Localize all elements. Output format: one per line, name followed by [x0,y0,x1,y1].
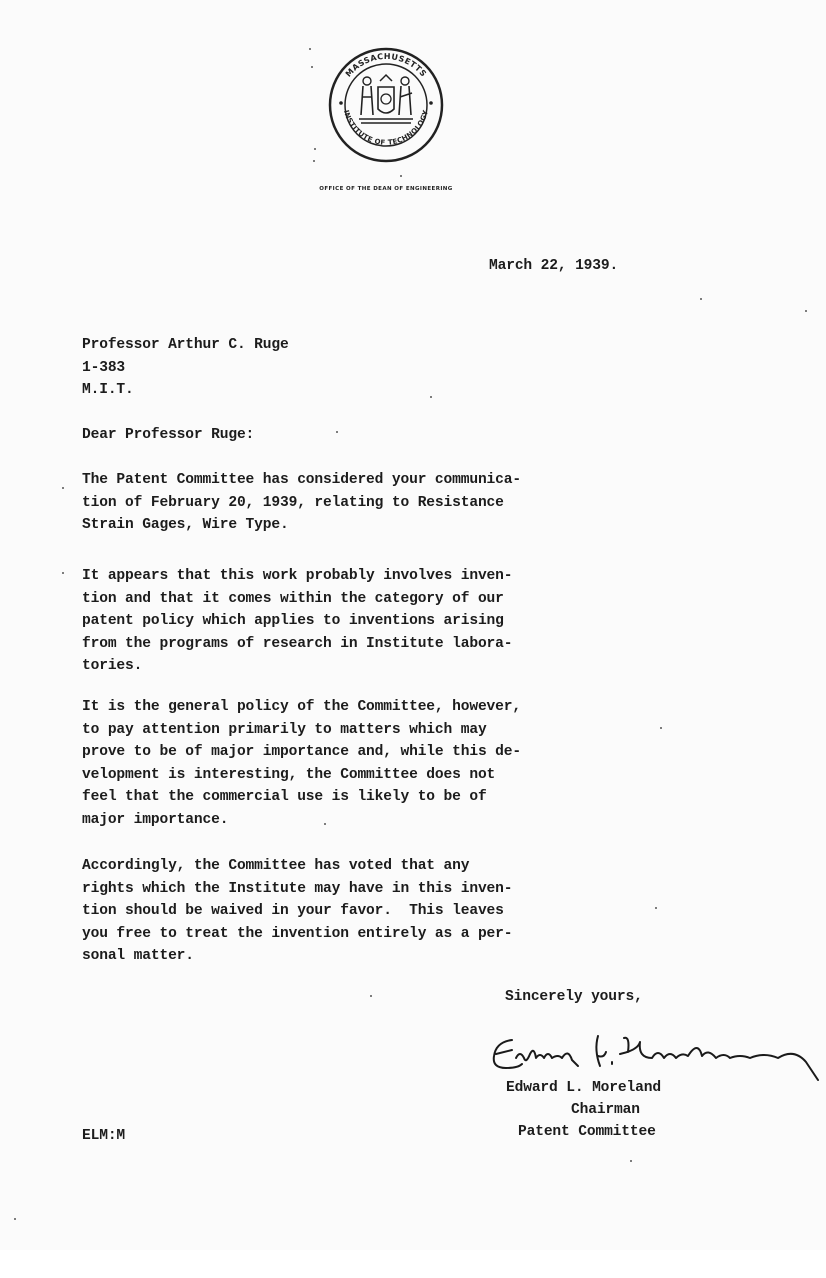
letter-date: March 22, 1939. [489,255,618,278]
scan-speck [655,907,657,909]
recipient-name: Professor Arthur C. Ruge [82,334,289,357]
scan-speck [336,431,338,433]
recipient-institution: M.I.T. [82,379,289,402]
recipient-room: 1-383 [82,357,289,380]
scan-speck [309,48,311,50]
scan-speck [314,148,316,150]
recipient-address: Professor Arthur C. Ruge1-383M.I.T. [82,334,289,402]
signer-name: Edward L. Moreland [506,1077,661,1100]
scan-speck [400,175,402,177]
scan-speck [324,823,326,825]
reference-initials: ELM:M [82,1125,125,1148]
signer-title: Chairman [571,1099,640,1122]
mit-seal-icon: MASSACHUSETTS INSTITUTE OF TECHNOLOGY [326,45,446,165]
scan-speck [700,298,702,300]
scan-speck [805,310,807,312]
body-paragraph: Accordingly, the Committee has voted tha… [82,855,512,968]
scan-speck [660,727,662,729]
scan-speck [311,66,313,68]
scan-speck [62,487,64,489]
scan-speck [630,1160,632,1162]
office-letterhead: OFFICE OF THE DEAN OF ENGINEERING [286,186,486,192]
closing: Sincerely yours, [505,986,643,1009]
body-paragraph: It appears that this work probably invol… [82,565,512,678]
body-paragraph: It is the general policy of the Committe… [82,696,521,832]
scan-speck [430,396,432,398]
letter-page: MASSACHUSETTS INSTITUTE OF TECHNOLOGY OF… [0,0,826,1250]
signer-committee: Patent Committee [518,1121,656,1144]
salutation: Dear Professor Ruge: [82,424,254,447]
svg-text:INSTITUTE OF TECHNOLOGY: INSTITUTE OF TECHNOLOGY [342,109,430,147]
page-margin [0,1250,826,1278]
body-paragraph: The Patent Committee has considered your… [82,469,521,537]
scan-speck [62,572,64,574]
scan-speck [370,995,372,997]
scan-speck [14,1218,16,1220]
scan-speck [313,160,315,162]
